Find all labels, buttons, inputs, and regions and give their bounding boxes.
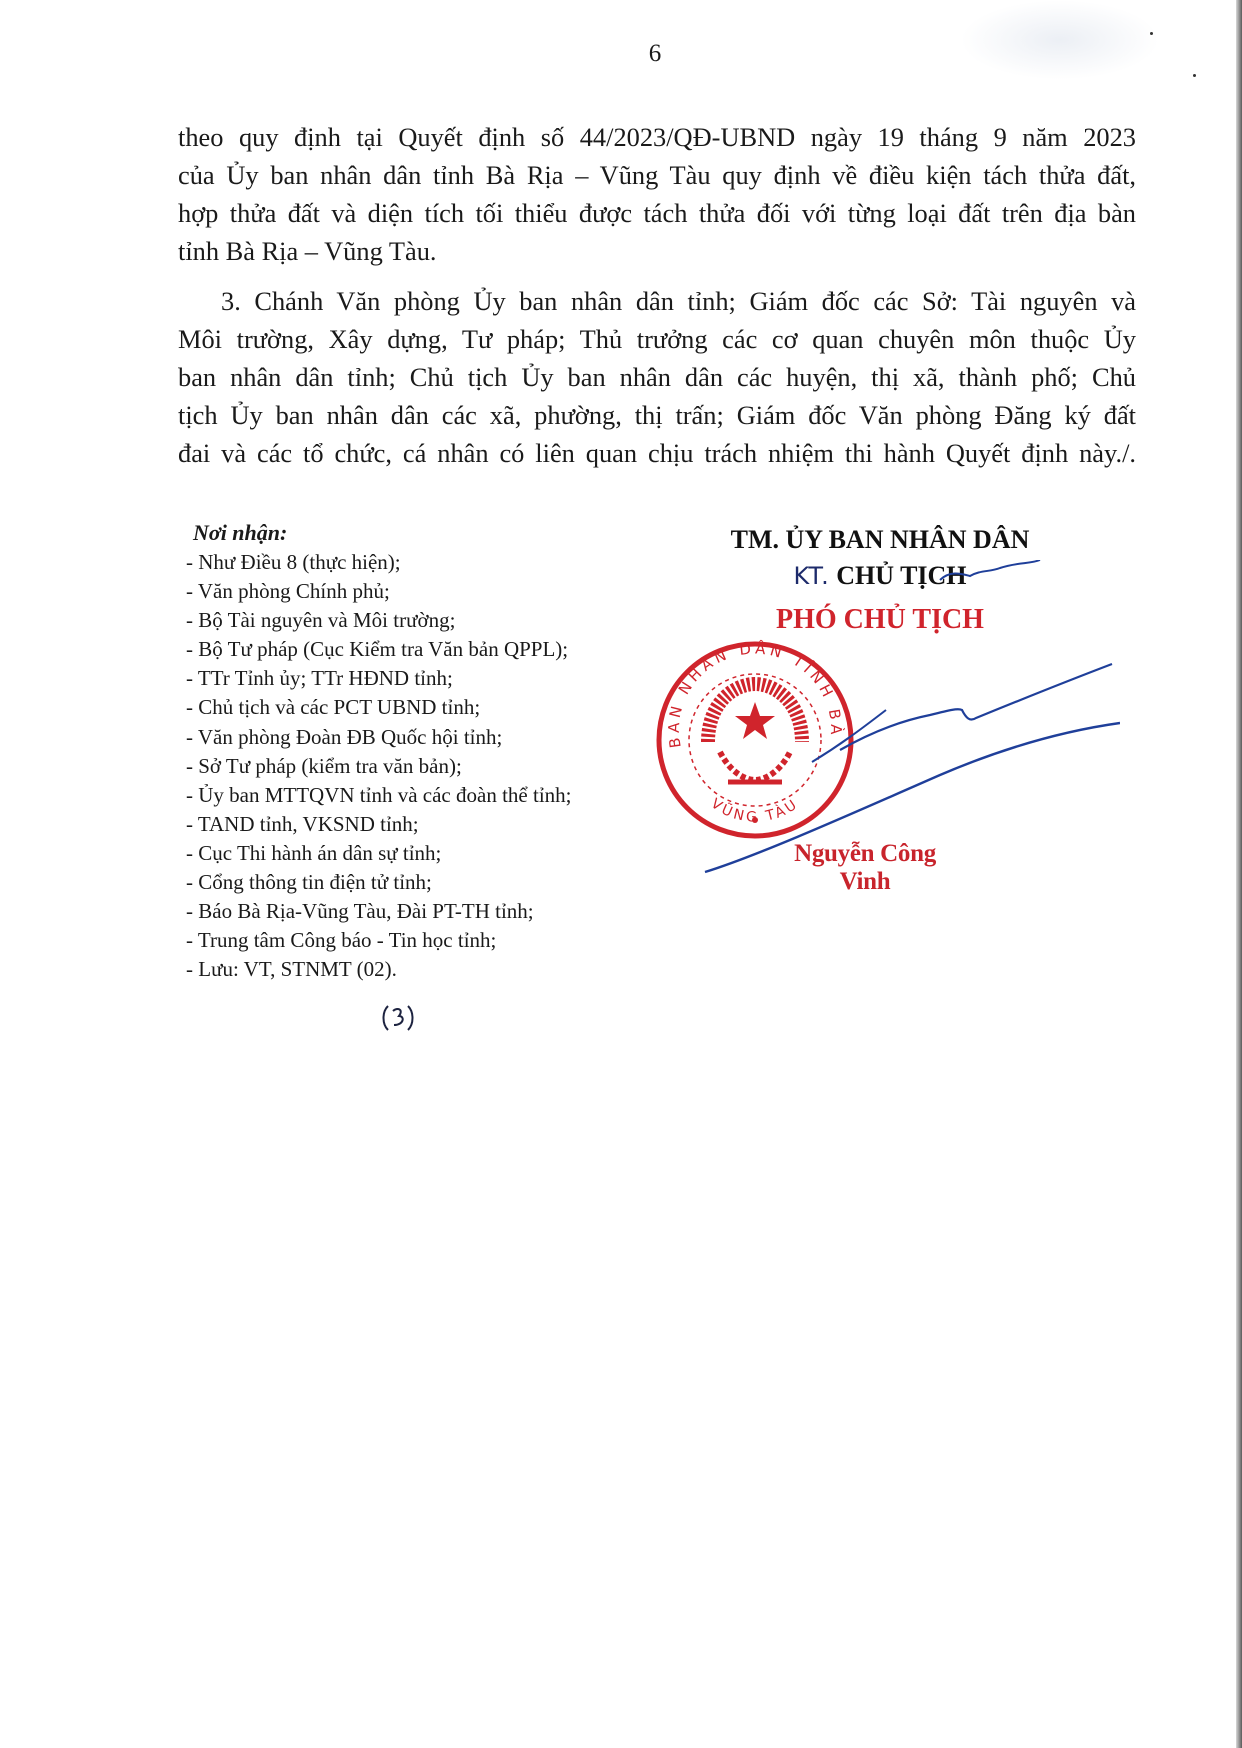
recipient-item: - Văn phòng Đoàn ĐB Quốc hội tỉnh; — [186, 723, 626, 752]
text-line: ban nhân dân tỉnh; Chủ tịch Ủy ban nhân … — [178, 358, 1136, 396]
signer-name: Nguyễn Công Vinh — [770, 840, 960, 896]
signature-block: TM. ỦY BAN NHÂN DÂN KT. CHỦ TỊCH PHÓ CHỦ… — [680, 522, 1080, 640]
scan-edge-shadow — [1236, 0, 1242, 1748]
scan-speck — [1193, 74, 1196, 77]
text-line: theo quy định tại Quyết định số 44/2023/… — [178, 118, 1136, 156]
recipient-item: - TTr Tỉnh ủy; TTr HĐND tỉnh; — [186, 664, 626, 693]
recipient-item: - Văn phòng Chính phủ; — [186, 577, 626, 606]
scan-speck — [1150, 32, 1153, 35]
recipient-item: - Chủ tịch và các PCT UBND tỉnh; — [186, 693, 626, 722]
document-body: theo quy định tại Quyết định số 44/2023/… — [178, 118, 1136, 472]
recipient-item: - Sở Tư pháp (kiểm tra văn bản); — [186, 752, 626, 781]
recipient-item: - Lưu: VT, STNMT (02). — [186, 955, 626, 984]
recipient-item: - Báo Bà Rịa-Vũng Tàu, Đài PT-TH tỉnh; — [186, 897, 626, 926]
text-line: hợp thửa đất và diện tích tối thiểu được… — [178, 194, 1136, 232]
recipient-item: - Bộ Tư pháp (Cục Kiểm tra Văn bản QPPL)… — [186, 635, 626, 664]
handwritten-kt-prefix: KT. — [793, 562, 829, 590]
recipient-item: - Cục Thi hành án dân sự tỉnh; — [186, 839, 626, 868]
text-line: đai và các tổ chức, cá nhân có liên quan… — [178, 434, 1136, 472]
text-line: tỉnh Bà Rịa – Vũng Tàu. — [178, 232, 1136, 270]
signing-on-behalf: KT. CHỦ TỊCH — [680, 558, 1080, 594]
page-number: 6 — [0, 40, 1242, 68]
text-line: 3. Chánh Văn phòng Ủy ban nhân dân tỉnh;… — [178, 282, 1136, 320]
signing-authority: TM. ỦY BAN NHÂN DÂN — [680, 522, 1080, 558]
handwritten-copy-count-mark: (3) — [380, 1003, 416, 1033]
paragraph-continuation: theo quy định tại Quyết định số 44/2023/… — [178, 118, 1136, 270]
recipient-item: - TAND tỉnh, VKSND tỉnh; — [186, 810, 626, 839]
recipient-item: - Ủy ban MTTQVN tỉnh và các đoàn thể tỉn… — [186, 781, 626, 810]
text-line: của Ủy ban nhân dân tỉnh Bà Rịa – Vũng T… — [178, 156, 1136, 194]
official-red-seal-icon: ỦY BAN NHÂN DÂN TỈNH BÀ RỊA VŨNG TÀU — [650, 632, 860, 847]
recipient-item: - Bộ Tài nguyên và Môi trường; — [186, 606, 626, 635]
recipients-list: - Như Điều 8 (thực hiện); - Văn phòng Ch… — [186, 548, 626, 984]
recipient-item: - Như Điều 8 (thực hiện); — [186, 548, 626, 577]
text-line: Môi trường, Xây dựng, Tư pháp; Thủ trưởn… — [178, 320, 1136, 358]
recipient-item: - Trung tâm Công báo - Tin học tỉnh; — [186, 926, 626, 955]
recipient-item: - Cổng thông tin điện tử tỉnh; — [186, 868, 626, 897]
paragraph-clause-3: 3. Chánh Văn phòng Ủy ban nhân dân tỉnh;… — [178, 282, 1136, 472]
recipients-title: Nơi nhận: — [193, 518, 626, 548]
signing-role: CHỦ TỊCH — [836, 561, 966, 590]
recipients-block: Nơi nhận: - Như Điều 8 (thực hiện); - Vă… — [186, 518, 626, 984]
text-line: tịch Ủy ban nhân dân các xã, phường, thị… — [178, 396, 1136, 434]
